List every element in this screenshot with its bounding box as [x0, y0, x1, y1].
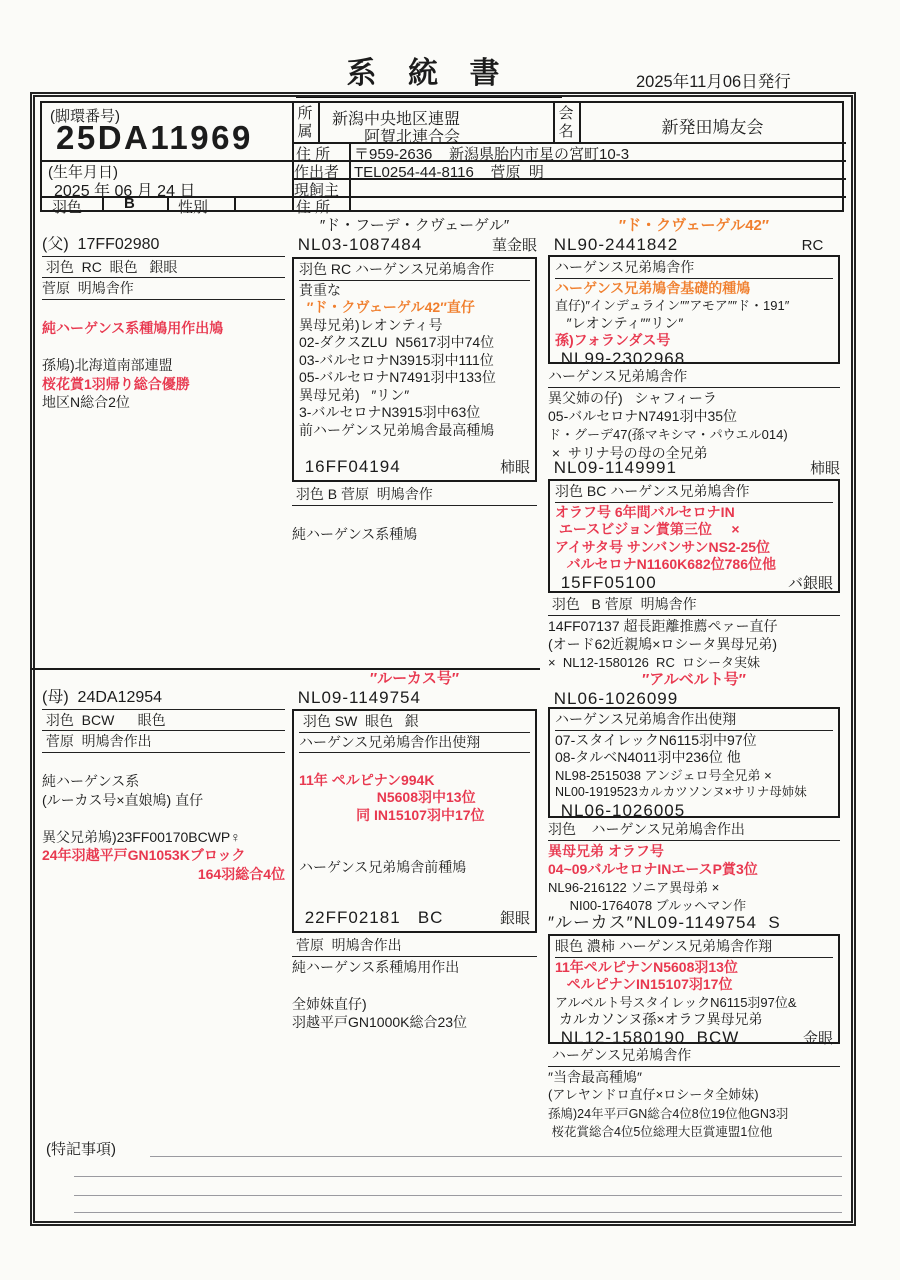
text-line: 羽色 B 菅原 明鳩舎作	[548, 595, 840, 616]
text-line: 16FF04194柿眼	[299, 458, 530, 477]
text-line: 地区N総合2位	[42, 393, 285, 412]
eye-color-text: 柿眼	[500, 459, 530, 477]
text-line: 07-スタイレックN6115羽中97位	[555, 732, 833, 750]
text-line: ハーゲンス兄弟鳩舎前種鳩	[299, 859, 530, 877]
text-line: 羽色 BCW 眼色	[42, 711, 285, 732]
issue-date: 2025年11月06日発行	[636, 68, 791, 92]
text-line: 24年羽越平戸GN1053Kブロック	[42, 846, 285, 865]
text-line	[292, 507, 537, 526]
mother-panel: (母) 24DA12954 羽色 BCW 眼色 菅原 明鳩舎作出 純ハーゲンス系…	[42, 689, 285, 883]
ring-text: NL12-1580190 BCW	[555, 1029, 739, 1047]
text-line: 22FF02181 BC銀眼	[299, 909, 530, 928]
text-line: 羽色 SW 眼色 銀	[299, 713, 530, 733]
text-line: 異父兄弟鳩)23FF00170BCWP♀	[42, 828, 285, 847]
text-line: 羽色 BC ハーゲンス兄弟鳩舎作	[555, 483, 833, 503]
owner-address-label: 住 所	[296, 196, 330, 217]
text-line: 03-バルセロナN3915羽中111位	[299, 352, 530, 370]
ring-text: NL90-2441842	[548, 235, 678, 254]
notes-rule	[74, 1195, 842, 1196]
ggp2-header: NL09-1149991柿眼	[548, 458, 840, 478]
page-title: 系 統 書	[296, 48, 562, 98]
ring-number: 25DA11969	[56, 119, 253, 157]
text-line: 孫鳩)北海道南部連盟	[42, 356, 285, 375]
text-line: ハーゲンス兄弟鳩舎作	[548, 367, 840, 388]
text-line: 羽色 B 菅原 明鳩舎作	[292, 485, 537, 506]
text-line: ″ド・クヴェーゲル42″	[548, 216, 840, 235]
text-line: 純ハーゲンス系	[42, 772, 285, 791]
ggp2-box: 羽色 BC ハーゲンス兄弟鳩舎作オラフ号 6年間バルセロナIN エースビジョン賞…	[548, 479, 840, 593]
text-line: (ルーカス号×直娘鳩) 直仔	[42, 791, 285, 810]
grandsire-ff-header: ″ド・フーデ・クヴェーゲル″ NL03-1087484菫金眼	[292, 216, 537, 255]
text-line: NL09-1149991柿眼	[548, 458, 840, 478]
text-line: NL06-1026099	[548, 689, 840, 708]
text-line: 羽色 ハーゲンス兄弟鳩舎作出	[548, 820, 840, 841]
text-line: (アレヤンドロ直仔×ロシータ全姉妹)	[548, 1086, 840, 1105]
text-line: 異母兄弟)レオンティ号	[299, 317, 530, 335]
ggp3-header: ″アルベルト号″ NL06-1026099	[548, 670, 840, 708]
text-line: 桜花賞1羽帰り総合優勝	[42, 375, 285, 394]
ggp1-header: ″ド・クヴェーゲル42″ NL90-2441842RC	[548, 216, 840, 255]
text-line: (オード62近親鳩×ロシータ異母兄弟)	[548, 635, 840, 654]
text-line: ″アルベルト号″	[548, 670, 840, 689]
text-line: 羽色 RC ハーゲンス兄弟鳩舎作	[299, 261, 530, 281]
text-line: (母) 24DA12954	[42, 689, 285, 710]
text-line: NL96-216122 ソニア異母弟 ×	[548, 879, 840, 898]
club-label-2: 名	[553, 123, 579, 141]
text-line: ハーゲンス兄弟鳩舎作出使翔	[555, 711, 833, 731]
text-line: アルベルト号スタイレックN6115羽97位&	[555, 994, 833, 1012]
granddam-fm-notes: 羽色 B 菅原 明鳩舎作 純ハーゲンス系種鳩	[292, 485, 537, 544]
text-line: ″ルーカス号″	[292, 669, 537, 688]
text-line: NL99-2302968	[555, 350, 833, 368]
text-line: 08-タルベN4011羽中236位 他	[555, 749, 833, 767]
text-line: 全姉妹直仔)	[292, 995, 537, 1014]
ggp4-box: 眼色 濃柿 ハーゲンス兄弟鳩舎作翔11年ペルピナンN5608羽13位 ペルピナン…	[548, 934, 840, 1044]
text-line: ″ド・クヴェーゲル42″直仔	[299, 299, 530, 317]
eye-color-text: 菫金眼	[492, 236, 537, 255]
text-line: 異父姉の仔) シャフィーラ	[548, 389, 840, 408]
eye-color-text: RC	[802, 236, 840, 255]
table-line	[318, 103, 320, 142]
text-line	[42, 338, 285, 357]
text-line: (父) 17FF02980	[42, 236, 285, 257]
text-line: 異母兄弟 オラフ号	[548, 842, 840, 861]
ring-text: NL09-1149991	[548, 458, 677, 477]
text-line: 11年ペルピナンN5608羽13位	[555, 959, 833, 977]
text-line: NL12-1580190 BCW金眼	[555, 1029, 833, 1048]
pedigree-sheet: 系 統 書 2025年11月06日発行 (脚環番号) 25DA11969 (生年…	[0, 0, 900, 1280]
text-line: 前ハーゲンス兄弟鳩舎最高種鳩	[299, 422, 530, 440]
id-info-table: (脚環番号) 25DA11969 (生年月日) 2025 年 06 月 24 日…	[40, 101, 844, 212]
notes-rule	[74, 1176, 842, 1177]
text-line: オラフ号 6年間バルセロナIN	[555, 504, 833, 522]
table-line	[234, 196, 236, 210]
grandsire-mf-box: 羽色 SW 眼色 銀ハーゲンス兄弟鳩舎作出使翔 11年 ペルピナン994K N5…	[292, 709, 537, 933]
text-line: 14FF07137 超長距離推薦ペァー直仔	[548, 617, 840, 636]
ggp2-notes: 羽色 B 菅原 明鳩舎作14FF07137 超長距離推薦ペァー直仔(オード62近…	[548, 595, 840, 672]
grandsire-mf-header: ″ルーカス号″ NL09-1149754	[292, 669, 537, 707]
text-line: 孫鳩)24年平戸GN総合4位8位19位他GN3羽	[548, 1105, 840, 1124]
feather-color-value: B	[124, 195, 135, 212]
club-label: 会名	[553, 105, 579, 141]
eye-color-text: 金眼	[803, 1030, 833, 1048]
sex-label: 性別	[178, 196, 208, 217]
text-line: NL00-1919523カルカツソンヌ×サリナ母姉妹	[555, 784, 833, 802]
text-line: ハーゲンス兄弟鳩舎作	[548, 1046, 840, 1067]
text-line: 菅原 明鳩舎作出	[292, 936, 537, 957]
text-line	[299, 824, 530, 842]
text-line: 直仔)″インデュライン″″アモア″″ド・191″	[555, 297, 833, 315]
text-line: 05-バルセロナN7491羽中133位	[299, 369, 530, 387]
text-line: 羽色 RC 眼色 銀眼	[42, 258, 285, 279]
text-line: 純ハーゲンス系種鳩用作出	[292, 958, 537, 977]
text-line: 眼色 濃柿 ハーゲンス兄弟鳩舎作翔	[555, 938, 833, 958]
text-line: バルセロナN1160K682位786位他	[555, 556, 833, 574]
text-line	[299, 842, 530, 860]
grandsire-ff-box: 羽色 RC ハーゲンス兄弟鳩舎作貴重な ″ド・クヴェーゲル42″直仔異母兄弟)レ…	[292, 257, 537, 482]
table-line	[349, 142, 351, 210]
text-line: ″ルーカス″NL09-1149754 S	[548, 913, 840, 932]
text-line	[42, 754, 285, 773]
breeder-value: TEL0254-44-8116 菅原 明	[354, 161, 544, 182]
ggp4-header: ″ルーカス″NL09-1149754 S	[548, 913, 840, 932]
text-line: 同 IN15107羽中17位	[299, 807, 530, 825]
text-line	[292, 976, 537, 995]
eye-color-text: バ銀眼	[788, 575, 833, 593]
granddam-mm-notes: 菅原 明鳩舎作出純ハーゲンス系種鳩用作出 全姉妹直仔)羽越平戸GN1000K総合…	[292, 936, 537, 1032]
text-line: ハーゲンス兄弟鳩舎作出使翔	[299, 734, 530, 754]
text-line	[42, 809, 285, 828]
text-line: NL90-2441842RC	[548, 235, 840, 255]
text-line: ″当舎最高種鳩″	[548, 1068, 840, 1087]
text-line: 桜花賞総合4位5位総理大臣賞連盟1位他	[548, 1123, 840, 1142]
text-line: カルカソンヌ孫×オラフ異母兄弟	[555, 1011, 833, 1029]
club-label-1: 会	[553, 105, 579, 123]
text-line: ″レオンティ″″リン″	[555, 315, 833, 333]
ggp3-box: ハーゲンス兄弟鳩舎作出使翔07-スタイレックN6115羽中97位08-タルベN4…	[548, 707, 840, 818]
ring-text: 16FF04194	[299, 458, 401, 476]
text-line: 05-バルセロナN7491羽中35位	[548, 407, 840, 426]
text-line: ペルピナンIN15107羽17位	[555, 976, 833, 994]
text-line: ハーゲンス兄弟鳩舎基礎的種鳩	[555, 280, 833, 298]
affiliation-label-1: 所	[292, 105, 318, 123]
ring-text: NL03-1087484	[292, 235, 422, 254]
text-line: ド・グーデ47(孫マキシマ・パウエル014)	[548, 426, 840, 445]
text-line: 11年 ペルピナン994K	[299, 772, 530, 790]
father-panel: (父) 17FF02980 羽色 RC 眼色 銀眼菅原 明鳩舎作 純ハーゲンス系…	[42, 236, 285, 412]
text-line: ″ド・フーデ・クヴェーゲル″	[292, 216, 537, 235]
text-line: 異母兄弟) ″リン″	[299, 387, 530, 405]
text-line: 04~09バルセロナINエースP賞3位	[548, 860, 840, 879]
affiliation-label-2: 属	[292, 123, 318, 141]
affiliation-label: 所属	[292, 105, 318, 141]
text-line: NL98-2515038 アンジェロ号全兄弟 ×	[555, 767, 833, 785]
text-line: 菅原 明鳩舎作出	[42, 732, 285, 753]
text-line: NL09-1149754	[292, 688, 537, 707]
notes-rule	[74, 1212, 842, 1213]
eye-color-text: 柿眼	[810, 459, 840, 478]
text-line: 純ハーゲンス系種鳩用作出鳩	[42, 319, 285, 338]
text-line: 3-バルセロナN3915羽中63位	[299, 404, 530, 422]
text-line: 02-ダクスZLU N5617羽中74位	[299, 334, 530, 352]
text-line: NL03-1087484菫金眼	[292, 235, 537, 255]
text-line: ハーゲンス兄弟鳩舎作	[555, 259, 833, 279]
text-line	[42, 301, 285, 320]
text-line	[299, 754, 530, 772]
feather-color-label: 羽色	[52, 196, 82, 217]
ring-text: 22FF02181 BC	[299, 909, 443, 927]
eye-color-text: 銀眼	[500, 910, 530, 928]
ggp3-notes: 羽色 ハーゲンス兄弟鳩舎作出異母兄弟 オラフ号04~09バルセロナINエースP賞…	[548, 820, 840, 916]
text-line: 羽越平戸GN1000K総合23位	[292, 1013, 537, 1032]
text-line: 純ハーゲンス系種鳩	[292, 525, 537, 544]
text-line: 貴重な	[299, 282, 530, 300]
text-line: NL06-1026005	[555, 802, 833, 820]
special-notes-label: (特記事項)	[46, 1138, 116, 1159]
text-line: 164羽総合4位	[42, 865, 285, 884]
club-name: 新発田鳩友会	[579, 113, 846, 138]
text-line: 菅原 明鳩舎作	[42, 279, 285, 300]
text-line: N5608羽中13位	[299, 789, 530, 807]
text-line: アイサタ号 サンバンサンNS2-25位	[555, 539, 833, 557]
text-line: 15FF05100バ銀眼	[555, 574, 833, 593]
notes-rule	[150, 1156, 842, 1157]
text-line: エースビジョン賞第三位 ×	[555, 521, 833, 539]
text-line: 孫)フォランダス号	[555, 332, 833, 350]
ring-text: 15FF05100	[555, 574, 657, 592]
ggp4-notes: ハーゲンス兄弟鳩舎作″当舎最高種鳩″(アレヤンドロ直仔×ロシータ全姉妹)孫鳩)2…	[548, 1046, 840, 1142]
ggp1-box: ハーゲンス兄弟鳩舎作ハーゲンス兄弟鳩舎基礎的種鳩直仔)″インデュライン″″アモア…	[548, 255, 840, 364]
ggp1-notes: ハーゲンス兄弟鳩舎作異父姉の仔) シャフィーラ05-バルセロナN7491羽中35…	[548, 367, 840, 463]
